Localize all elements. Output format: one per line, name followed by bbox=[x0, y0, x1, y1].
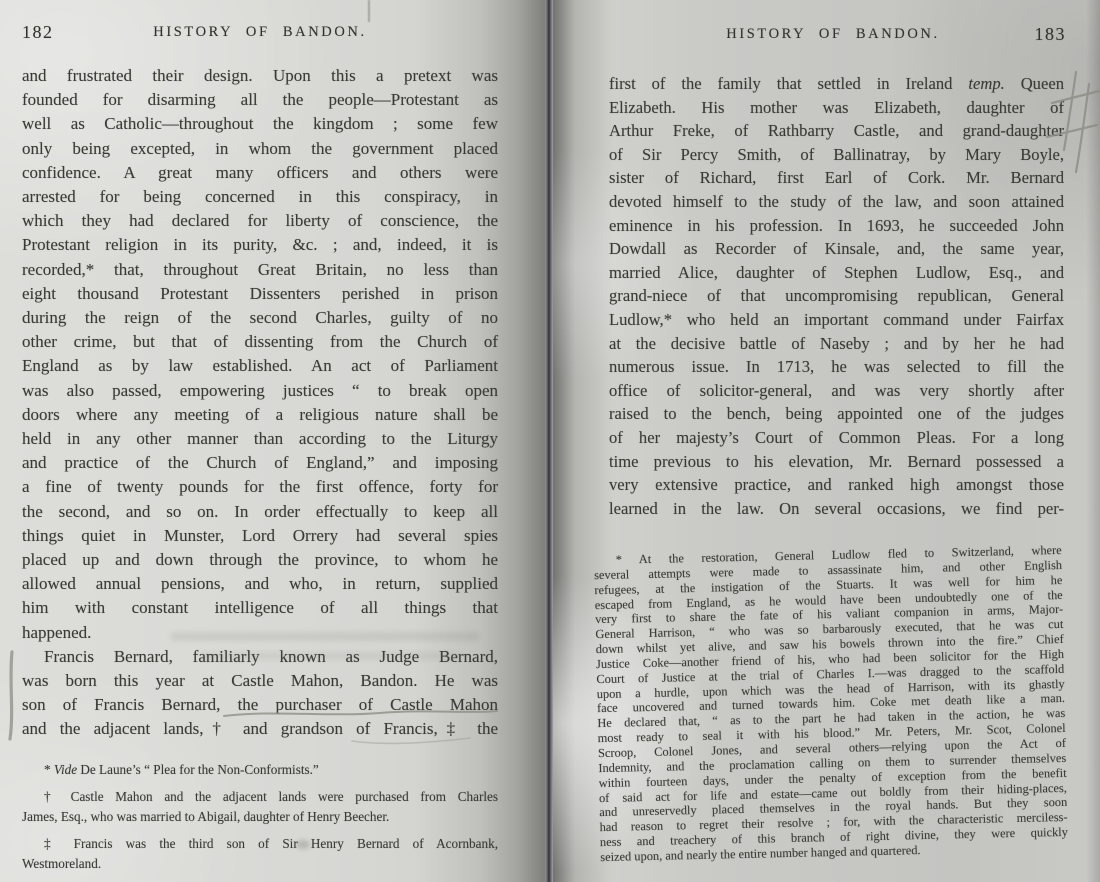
text-line: ‡ Francis was the third son of Sir Henry… bbox=[22, 834, 498, 855]
text-line: well as Catholic—throughout the kingdom … bbox=[22, 112, 498, 136]
text-line: was born this year at Castle Mahon, Band… bbox=[22, 669, 498, 693]
left-page-header: 182 HISTORY OF BANDON. bbox=[22, 24, 498, 41]
text-line: Dowdall as Recorder of Kinsale, and, the… bbox=[609, 237, 1064, 261]
right-page-header: HISTORY OF BANDON. 183 bbox=[600, 26, 1066, 43]
text-line: placed up and down through the province,… bbox=[22, 548, 498, 572]
scan-smudge bbox=[296, 840, 310, 849]
text-line: and frustrated their design. Upon this a… bbox=[22, 64, 498, 88]
footnote-italic-word: Vide bbox=[54, 762, 77, 777]
text-line: at the decisive battle of Naseby ; and b… bbox=[609, 332, 1064, 356]
text-line: recorded,* that, throughout Great Britai… bbox=[22, 258, 498, 282]
text-line: learned in the law. On several occasions… bbox=[609, 497, 1064, 521]
text-line: Protestant religion in its purity, &c. ;… bbox=[22, 233, 498, 257]
text-line: time previous to his elevation, Mr. Bern… bbox=[609, 450, 1064, 474]
right-page-footnote: * At the restoration, General Ludlow fle… bbox=[594, 543, 1069, 865]
text-line-with-italic: first of the family that settled in Irel… bbox=[609, 72, 1064, 96]
text-line: things quiet in Munster, Lord Orrery had… bbox=[22, 524, 498, 548]
right-page: HISTORY OF BANDON. 183 first of the fami… bbox=[553, 0, 1100, 882]
text-line: office of solicitor-general, and was ver… bbox=[609, 379, 1064, 403]
text-line: him with constant intelligence of all th… bbox=[22, 596, 498, 620]
bleed-through-ghost bbox=[200, 652, 460, 660]
text-line: and practice of the Church of England,” … bbox=[22, 451, 498, 475]
text-line: † Castle Mahon and the adjacent lands we… bbox=[22, 787, 498, 808]
text-line: during the reign of the second Charles, … bbox=[22, 306, 498, 330]
left-page-number: 182 bbox=[22, 22, 54, 43]
right-paragraph: Elizabeth. His mother was Elizabeth, dau… bbox=[609, 96, 1064, 521]
text-line: arrested for being concerned in this con… bbox=[22, 185, 498, 209]
book-gutter bbox=[545, 0, 553, 882]
text-line: other crime, but that of dissenting from… bbox=[22, 330, 498, 354]
text-line: grand-niece of that uncompromising repub… bbox=[609, 284, 1064, 308]
text-line: of her majesty’s Court of Common Pleas. … bbox=[609, 426, 1064, 450]
text-line: held in any other manner than according … bbox=[22, 427, 498, 451]
line-italic-word: temp. bbox=[968, 74, 1004, 93]
left-running-title: HISTORY OF BANDON. bbox=[22, 24, 498, 41]
text-line: and the adjacent lands,† and grandson of… bbox=[22, 717, 498, 741]
left-page: 182 HISTORY OF BANDON. and frustrated th… bbox=[0, 0, 545, 882]
left-page-footnotes: * Vide De Laune’s “ Plea for the Non-Con… bbox=[22, 760, 498, 881]
text-line: Ludlow,* who held an important command u… bbox=[609, 308, 1064, 332]
text-line: eminence in his profession. In 1693, he … bbox=[609, 214, 1064, 238]
text-line: founded for disarming all the people—Pro… bbox=[22, 88, 498, 112]
footnote-francis-acornbank: ‡ Francis was the third son of Sir Henry… bbox=[22, 834, 498, 875]
text-line: married Alice, daughter of Stephen Ludlo… bbox=[609, 261, 1064, 285]
footnote-castle-mahon: † Castle Mahon and the adjacent lands we… bbox=[22, 787, 498, 828]
line-post: Queen bbox=[1005, 74, 1064, 93]
footnote-marker: * bbox=[44, 762, 54, 777]
text-line: the second, and so on. In order effectua… bbox=[22, 500, 498, 524]
text-line: Arthur Freke, of Rathbarry Castle, and g… bbox=[609, 119, 1064, 143]
text-line: confidence. A great many officers and ot… bbox=[22, 161, 498, 185]
book-scan: 182 HISTORY OF BANDON. and frustrated th… bbox=[0, 0, 1100, 882]
text-line: which they had declared for liberty of c… bbox=[22, 209, 498, 233]
text-line: son of Francis Bernard, the purchaser of… bbox=[22, 693, 498, 717]
text-line: a fine of twenty pounds for the first of… bbox=[22, 475, 498, 499]
text-line: very extensive practice, and ranked high… bbox=[609, 473, 1064, 497]
line-pre: first of the family that settled in Irel… bbox=[609, 74, 968, 93]
text-line: doors where any meeting of a religious n… bbox=[22, 403, 498, 427]
text-line: England as by law established. An act of… bbox=[22, 354, 498, 378]
text-line: was also passed, empowering justices “ t… bbox=[22, 379, 498, 403]
text-line: devoted himself to the study of the law,… bbox=[609, 190, 1064, 214]
text-line: sister of Richard, first Earl of Cork. M… bbox=[609, 166, 1064, 190]
right-running-title: HISTORY OF BANDON. bbox=[600, 26, 1066, 43]
right-page-body: first of the family that settled in Irel… bbox=[609, 72, 1064, 520]
text-line: only being excepted, in whom the governm… bbox=[22, 137, 498, 161]
text-line: Westmoreland. bbox=[22, 854, 498, 875]
footnote-vide-de-laune: * Vide De Laune’s “ Plea for the Non-Con… bbox=[22, 760, 498, 781]
footnote-text: De Laune’s “ Plea for the Non-Conformist… bbox=[77, 762, 319, 777]
text-line: eight thousand Protestant Dissenters per… bbox=[22, 282, 498, 306]
text-line: James, Esq., who was married to Abigail,… bbox=[22, 807, 498, 828]
text-line: raised to the bench, being appointed one… bbox=[609, 402, 1064, 426]
page-crease bbox=[368, 0, 370, 22]
text-line: Elizabeth. His mother was Elizabeth, dau… bbox=[609, 96, 1064, 120]
bleed-through-ghost bbox=[170, 632, 480, 641]
text-line: numerous issue. In 1713, he was selected… bbox=[609, 355, 1064, 379]
right-page-number: 183 bbox=[1035, 24, 1067, 45]
left-paragraph-1: and frustrated their design. Upon this a… bbox=[22, 64, 498, 645]
text-line: of Sir Percy Smith, of Ballinatray, by M… bbox=[609, 143, 1064, 167]
text-line: allowed annual pensions, and who, in ret… bbox=[22, 572, 498, 596]
